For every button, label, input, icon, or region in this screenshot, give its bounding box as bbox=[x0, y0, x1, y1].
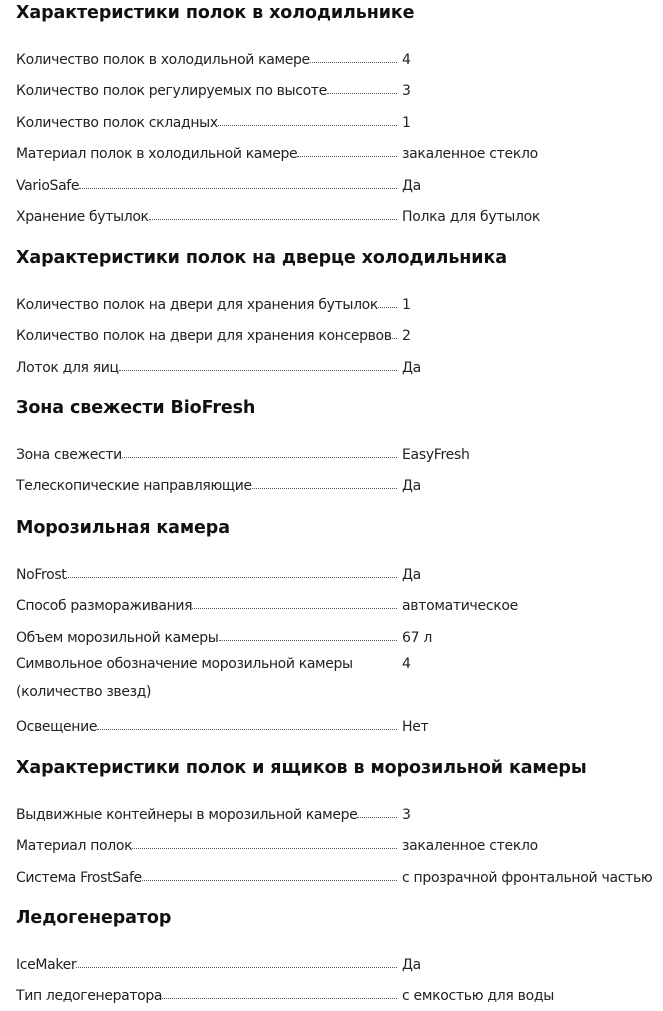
spec-label: Лоток для яиц bbox=[16, 360, 119, 376]
spec-row: Зона свежестиEasyFresh bbox=[16, 431, 663, 463]
dotted-leader bbox=[219, 639, 397, 641]
spec-section-freezer: Морозильная камера NoFrostДа Способ разм… bbox=[16, 515, 663, 735]
spec-value: Да bbox=[397, 360, 421, 376]
spec-value: закаленное стекло bbox=[397, 838, 538, 854]
section-title: Морозильная камера bbox=[16, 515, 663, 541]
spec-row: Объем морозильной камеры67 л bbox=[16, 614, 663, 646]
dotted-leader bbox=[149, 218, 397, 220]
spec-label: Способ размораживания bbox=[16, 598, 192, 614]
spec-label: Символьное обозначение морозильной камер… bbox=[16, 656, 386, 706]
spec-label: Тип ледогенератора bbox=[16, 988, 162, 1004]
spec-row: Количество полок на двери для хранения к… bbox=[16, 313, 663, 345]
spec-label: Количество полок в холодильной камере bbox=[16, 52, 310, 68]
spec-label: IceMaker bbox=[16, 957, 76, 973]
spec-row: Лоток для яицДа bbox=[16, 344, 663, 376]
dotted-leader bbox=[162, 997, 397, 999]
spec-row: Символьное обозначение морозильной камер… bbox=[16, 646, 663, 704]
section-title: Характеристики полок и ящиков в морозиль… bbox=[16, 755, 663, 781]
spec-label: Количество полок на двери для хранения к… bbox=[16, 328, 392, 344]
spec-label: VarioSafe bbox=[16, 178, 79, 194]
dotted-leader bbox=[119, 369, 397, 371]
spec-label: Объем морозильной камеры bbox=[16, 630, 219, 646]
spec-label: Хранение бутылок bbox=[16, 209, 149, 225]
dotted-leader bbox=[142, 879, 397, 881]
dotted-leader bbox=[97, 728, 397, 730]
spec-label: Количество полок на двери для хранения б… bbox=[16, 297, 378, 313]
spec-value: Да bbox=[397, 178, 421, 194]
spec-label: Зона свежести bbox=[16, 447, 122, 463]
spec-value: Да bbox=[397, 567, 421, 583]
spec-value: закаленное стекло bbox=[397, 146, 538, 162]
spec-row: VarioSafeДа bbox=[16, 162, 663, 194]
spec-value: 3 bbox=[397, 83, 411, 99]
spec-row: Телескопические направляющиеДа bbox=[16, 463, 663, 495]
dotted-leader bbox=[310, 61, 397, 63]
section-title: Характеристики полок в холодильнике bbox=[16, 0, 663, 26]
spec-row: ОсвещениеНет bbox=[16, 704, 663, 736]
spec-value: Да bbox=[397, 478, 421, 494]
spec-row: Способ размораживанияавтоматическое bbox=[16, 583, 663, 615]
spec-value: с емкостью для воды bbox=[397, 988, 554, 1004]
spec-row: Выдвижные контейнеры в морозильной камер… bbox=[16, 791, 663, 823]
spec-label: Материал полок bbox=[16, 838, 132, 854]
spec-label: Телескопические направляющие bbox=[16, 478, 252, 494]
spec-label: Освещение bbox=[16, 719, 97, 735]
spec-row: Система FrostSafeс прозрачной фронтально… bbox=[16, 854, 663, 886]
spec-section-door-shelves: Характеристики полок на дверце холодильн… bbox=[16, 245, 663, 376]
dotted-leader bbox=[192, 607, 397, 609]
spec-value: 67 л bbox=[397, 630, 432, 646]
dotted-leader bbox=[327, 92, 397, 94]
spec-label: Материал полок в холодильной камере bbox=[16, 146, 297, 162]
spec-value: Да bbox=[397, 957, 421, 973]
dotted-leader bbox=[378, 306, 397, 308]
dotted-leader bbox=[297, 155, 397, 157]
dotted-leader bbox=[252, 487, 397, 489]
spec-row: Тип ледогенераторас емкостью для воды bbox=[16, 973, 663, 1005]
section-title: Ледогенератор bbox=[16, 905, 663, 931]
spec-value: 2 bbox=[397, 328, 411, 344]
spec-row: IceMakerДа bbox=[16, 941, 663, 973]
dotted-leader bbox=[357, 816, 397, 818]
spec-value: с прозрачной фронтальной частью bbox=[397, 870, 652, 886]
spec-row: Количество полок на двери для хранения б… bbox=[16, 281, 663, 313]
spec-value: 4 bbox=[397, 52, 411, 68]
spec-row: NoFrostДа bbox=[16, 551, 663, 583]
spec-row: Хранение бутылокПолка для бутылок bbox=[16, 194, 663, 226]
spec-label: Количество полок складных bbox=[16, 115, 218, 131]
spec-value: 3 bbox=[397, 807, 411, 823]
dotted-leader bbox=[132, 847, 397, 849]
spec-value: автоматическое bbox=[397, 598, 518, 614]
spec-row: Количество полок в холодильной камере4 bbox=[16, 36, 663, 68]
spec-label: Выдвижные контейнеры в морозильной камер… bbox=[16, 807, 357, 823]
spec-value: 1 bbox=[397, 115, 411, 131]
dotted-leader bbox=[218, 124, 397, 126]
spec-label: Система FrostSafe bbox=[16, 870, 142, 886]
spec-section-biofresh: Зона свежести BioFresh Зона свежестиEasy… bbox=[16, 395, 663, 494]
spec-value: 1 bbox=[397, 297, 411, 313]
dotted-leader bbox=[76, 966, 397, 968]
spec-value: 4 bbox=[397, 656, 411, 672]
spec-section-fridge-shelves: Характеристики полок в холодильнике Коли… bbox=[16, 0, 663, 225]
spec-row: Материал полок в холодильной камерезакал… bbox=[16, 131, 663, 163]
spec-section-freezer-shelves: Характеристики полок и ящиков в морозиль… bbox=[16, 755, 663, 886]
spec-section-icemaker: Ледогенератор IceMakerДа Тип ледогенерат… bbox=[16, 905, 663, 1004]
section-title: Зона свежести BioFresh bbox=[16, 395, 663, 421]
dotted-leader bbox=[66, 576, 397, 578]
spec-row: Материал полокзакаленное стекло bbox=[16, 823, 663, 855]
spec-value: EasyFresh bbox=[397, 447, 470, 463]
spec-row: Количество полок складных1 bbox=[16, 99, 663, 131]
spec-row: Количество полок регулируемых по высоте3 bbox=[16, 68, 663, 100]
dotted-leader bbox=[79, 187, 397, 189]
dotted-leader bbox=[122, 456, 397, 458]
spec-label: NoFrost bbox=[16, 567, 66, 583]
spec-label: Количество полок регулируемых по высоте bbox=[16, 83, 327, 99]
spec-value: Нет bbox=[397, 719, 428, 735]
spec-value: Полка для бутылок bbox=[397, 209, 540, 225]
section-title: Характеристики полок на дверце холодильн… bbox=[16, 245, 663, 271]
